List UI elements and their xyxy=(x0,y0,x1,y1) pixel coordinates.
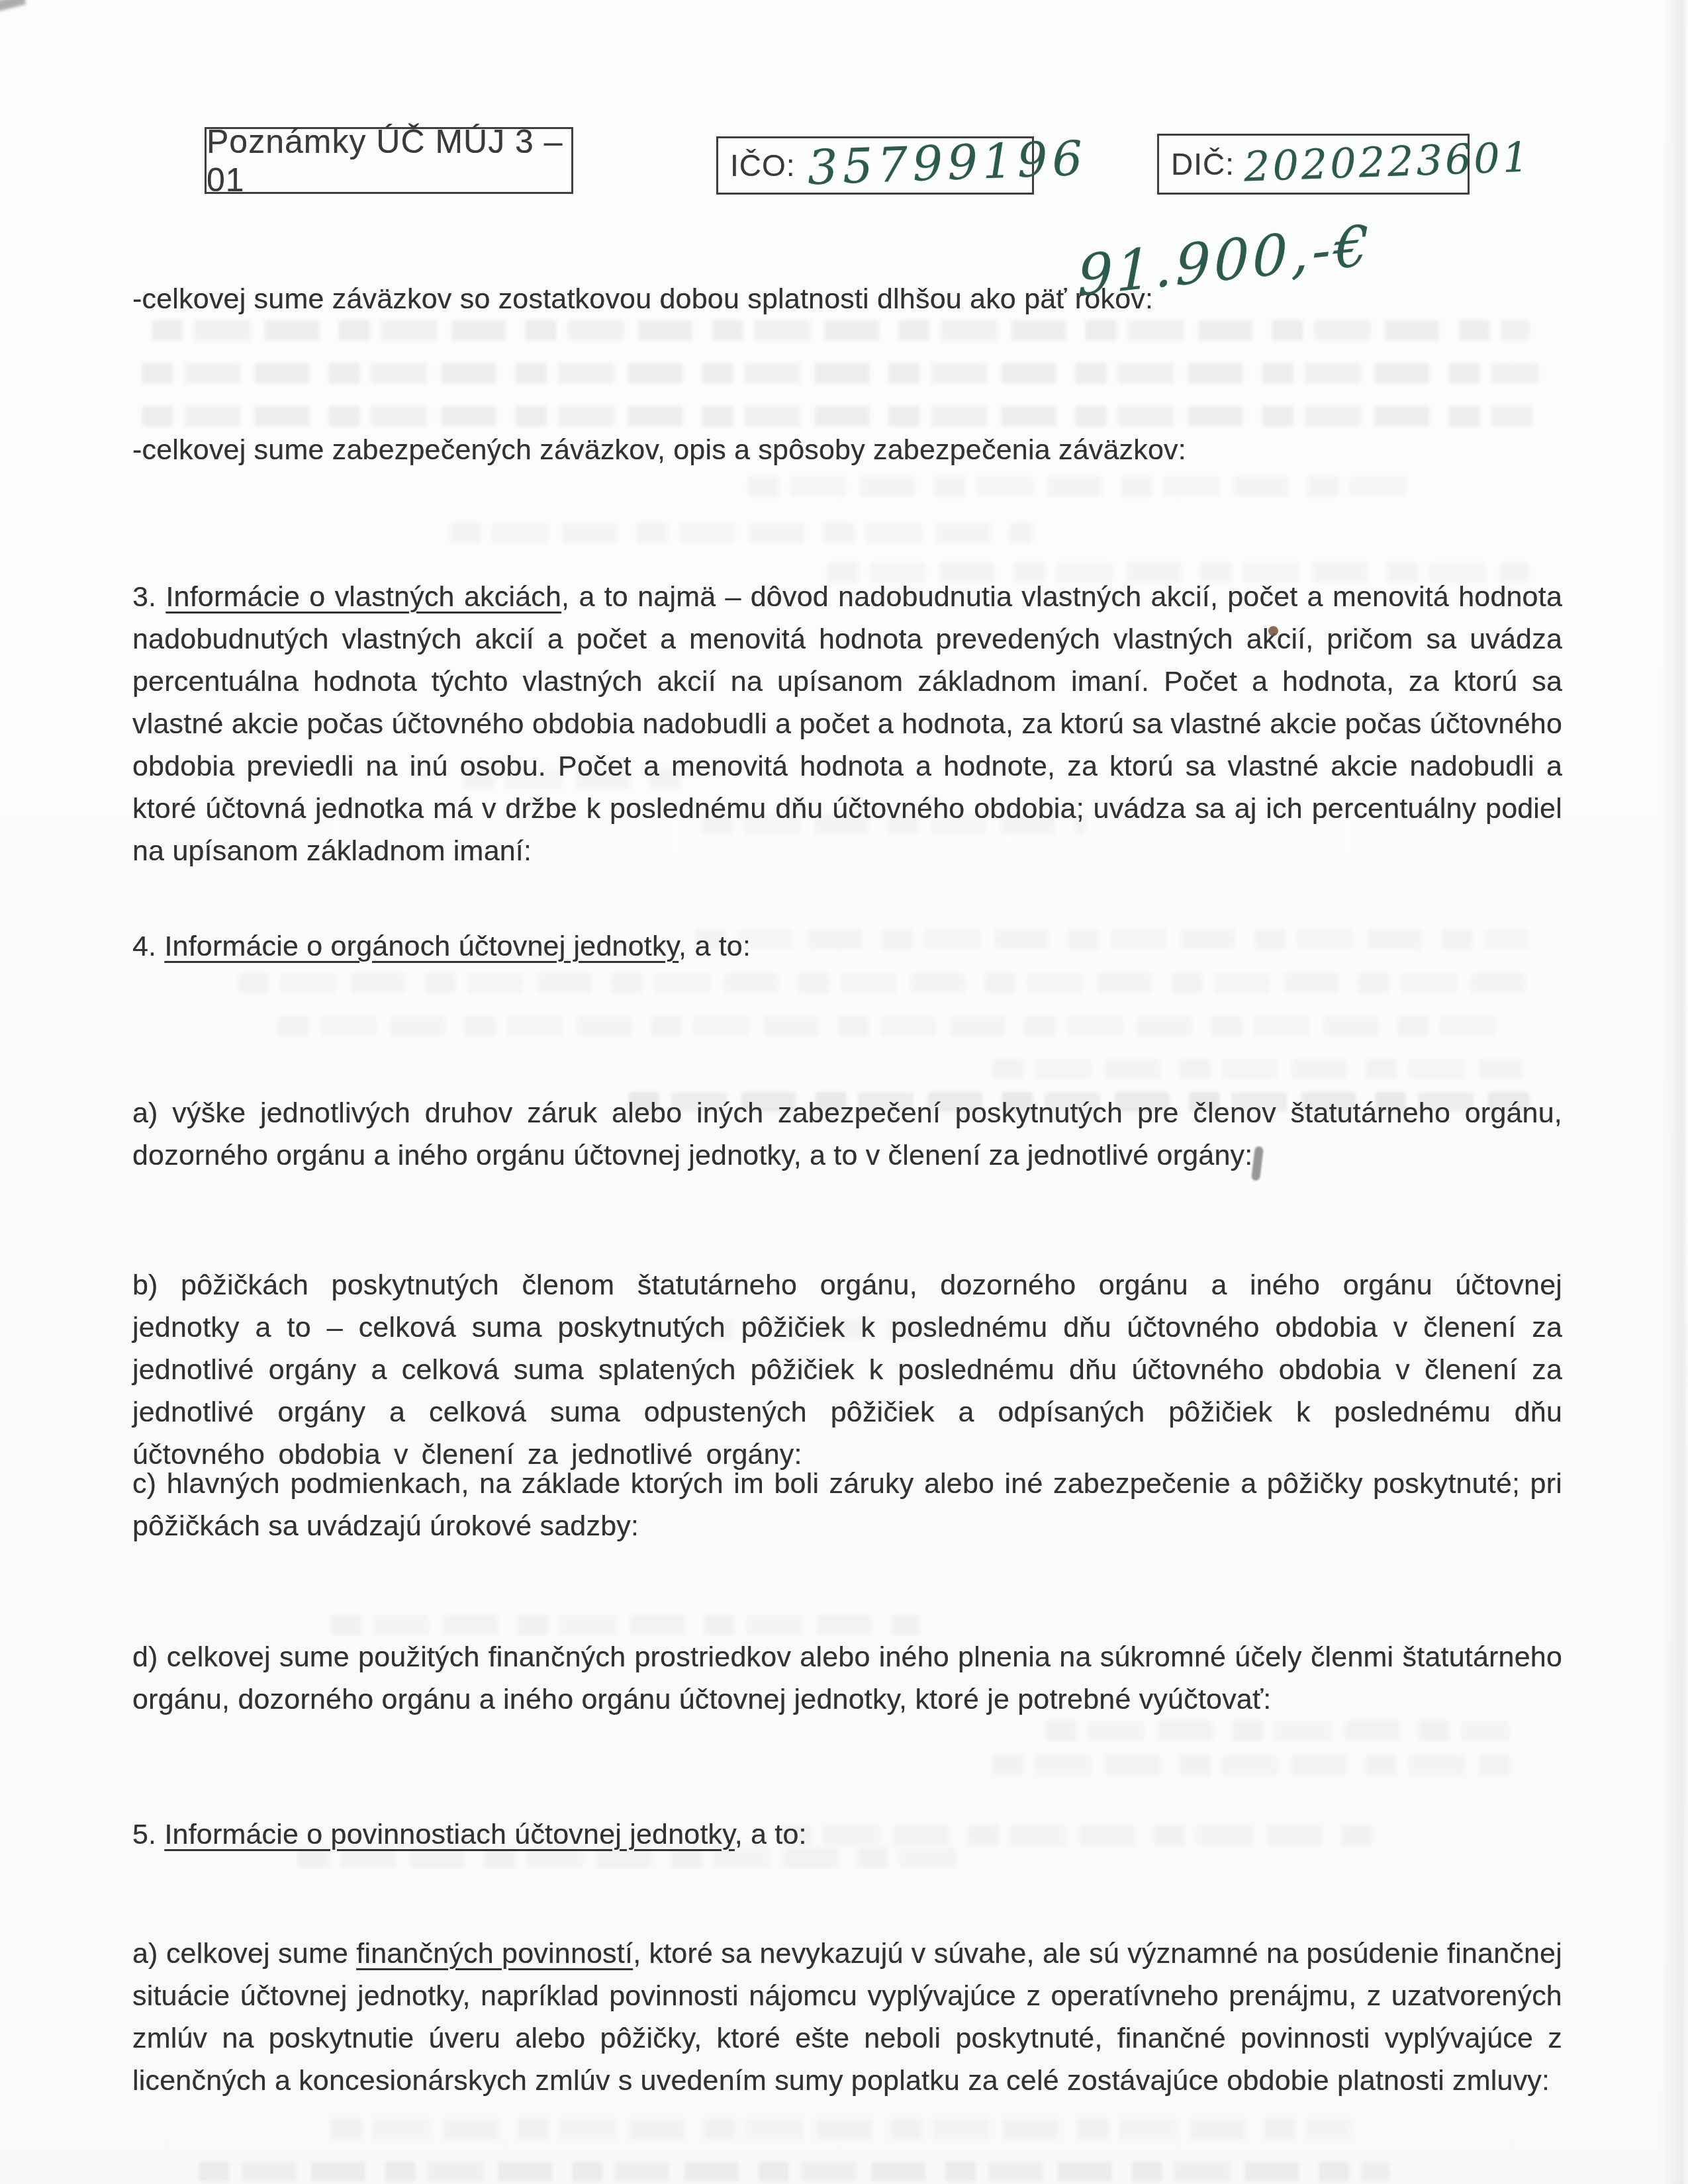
section5-number: 5. xyxy=(132,1819,164,1850)
bleedthrough-row xyxy=(142,406,1532,426)
section4-text: , a to: xyxy=(679,931,751,962)
item-4c-paragraph: c) hlavných podmienkach, na základe ktor… xyxy=(132,1463,1562,1547)
section5-text: , a to: xyxy=(735,1819,807,1850)
item-4b-paragraph: b) pôžičkách poskytnutých členom štatutá… xyxy=(132,1264,1562,1476)
item-4d-paragraph: d) celkovej sume použitých finančných pr… xyxy=(132,1636,1562,1721)
bleedthrough-row xyxy=(199,2161,1390,2181)
liabilities-maturity-line: -celkovej sume záväzkov so zostatkovou d… xyxy=(132,278,1153,320)
bleedthrough-row xyxy=(450,523,1033,543)
section5-heading: 5. Informácie o povinnostiach účtovnej j… xyxy=(132,1813,807,1856)
page-edge-shadow xyxy=(1662,0,1688,2184)
ico-handwritten-value: 35799196 xyxy=(806,130,1088,196)
ico-label: IČO: xyxy=(730,148,796,183)
section4-underlined-title: Informácie o orgánoch účtovnej jednotky xyxy=(164,931,679,962)
scanned-document-page: Poznámky ÚČ MÚJ 3 – 01 IČO: 35799196 DIČ… xyxy=(0,0,1688,2184)
dic-box: DIČ: 2020223601 xyxy=(1157,134,1470,195)
bleedthrough-row xyxy=(331,1615,920,1635)
section3-paragraph: 3. Informácie o vlastných akciách, a to … xyxy=(132,576,1562,872)
bleedthrough-row xyxy=(1046,1721,1509,1741)
item-5a-paragraph: a) celkovej sume finančných povinností, … xyxy=(132,1933,1562,2102)
item-5a-underlined: finančných povinností xyxy=(356,1938,633,1970)
form-title: Poznámky ÚČ MÚJ 3 – 01 xyxy=(207,122,571,199)
bleedthrough-row xyxy=(748,477,1410,496)
ico-box: IČO: 35799196 xyxy=(716,136,1034,195)
bleedthrough-row xyxy=(695,929,1529,949)
dic-handwritten-value: 2020223601 xyxy=(1243,132,1532,191)
ink-dot xyxy=(1268,626,1278,636)
handwritten-amount: 91.900,-€ xyxy=(1078,212,1372,308)
section4-heading: 4. Informácie o orgánoch účtovnej jednot… xyxy=(132,925,751,968)
item-4a-paragraph: a) výške jednotlivých druhov záruk alebo… xyxy=(132,1092,1562,1177)
form-title-box: Poznámky ÚČ MÚJ 3 – 01 xyxy=(205,127,573,194)
item-5a-prefix: a) celkovej sume xyxy=(132,1938,356,1970)
bleedthrough-row xyxy=(238,973,1536,993)
bleedthrough-row xyxy=(278,1016,1496,1036)
bleedthrough-row xyxy=(142,363,1539,383)
section3-text: , a to najmä – dôvod nadobudnutia vlastn… xyxy=(132,581,1562,867)
section5-underlined-title: Informácie o povinnostiach účtovnej jedn… xyxy=(164,1819,734,1850)
bleedthrough-row xyxy=(152,320,1529,340)
dic-label: DIČ: xyxy=(1171,146,1235,182)
section3-underlined-title: Informácie o vlastných akciách xyxy=(165,581,561,613)
bleedthrough-row xyxy=(993,1059,1523,1079)
section3-number: 3. xyxy=(132,581,165,613)
bleedthrough-row xyxy=(331,2119,1350,2139)
bleedthrough-row xyxy=(993,1755,1509,1775)
section4-number: 4. xyxy=(132,931,164,962)
secured-liabilities-line: -celkovej sume zabezpečených záväzkov, o… xyxy=(132,429,1186,471)
bleedthrough-row xyxy=(781,1825,1377,1845)
scan-corner-mark xyxy=(0,0,26,11)
